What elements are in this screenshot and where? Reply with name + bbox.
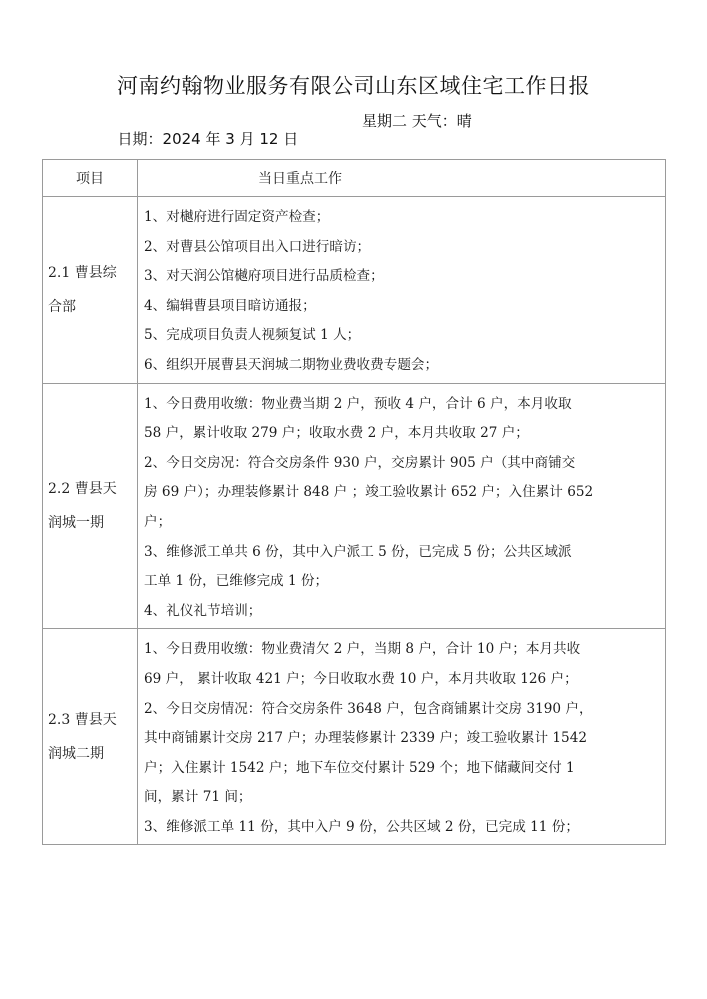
work-line: 2、今日交房情况：符合交房条件 3648 户，包含商铺累计交房 3190 户， — [144, 695, 659, 725]
work-line: 3、维修派工单共 6 份，其中入户派工 5 份，已完成 5 份；公共区域派 — [144, 538, 659, 568]
work-line: 58 户，累计收取 279 户；收取水费 2 户，本月共收取 27 户； — [144, 419, 659, 449]
weekday-weather: 星期二 天气：晴 — [362, 110, 472, 131]
header-work: 当日重点工作 — [138, 160, 666, 197]
work-line: 1、今日费用收缴：物业费当期 2 户，预收 4 户，合计 6 户，本月收取 — [144, 390, 659, 420]
table-header-row: 项目 当日重点工作 — [43, 160, 666, 197]
work-line: 其中商铺累计交房 217 户；办理装修累计 2339 户；竣工验收累计 1542 — [144, 724, 659, 754]
work-line: 户； — [144, 508, 659, 538]
item-label-line: 润城二期 — [48, 737, 137, 771]
work-line: 房 69 户）；办理装修累计 848 户 ；竣工验收累计 652 户；入住累计 … — [144, 478, 659, 508]
work-report-table: 项目 当日重点工作 2.1 曹县综 合部 1、对樾府进行固定资产检查； 2、对曹… — [42, 159, 666, 845]
report-date: 日期：2024 年 3 月 12 日 — [118, 130, 299, 148]
work-line: 1、今日费用收缴：物业费清欠 2 户，当期 8 户，合计 10 户；本月共收 — [144, 635, 659, 665]
row-item-label: 2.1 曹县综 合部 — [43, 197, 138, 384]
row-work-content: 1、对樾府进行固定资产检查； 2、对曹县公馆项目出入口进行暗访； 3、对天润公馆… — [138, 197, 666, 384]
item-label-line: 2.3 曹县天 — [48, 703, 137, 737]
table-row: 2.1 曹县综 合部 1、对樾府进行固定资产检查； 2、对曹县公馆项目出入口进行… — [43, 197, 666, 384]
item-label-line: 合部 — [48, 290, 137, 324]
work-line: 工单 1 份，已维修完成 1 份； — [144, 567, 659, 597]
work-line: 3、对天润公馆樾府项目进行品质检查； — [144, 262, 659, 292]
work-line: 2、对曹县公馆项目出入口进行暗访； — [144, 233, 659, 263]
work-line: 1、对樾府进行固定资产检查； — [144, 203, 659, 233]
row-item-label: 2.3 曹县天 润城二期 — [43, 629, 138, 845]
work-line: 3、维修派工单 11 份，其中入户 9 份，公共区域 2 份，已完成 11 份； — [144, 813, 659, 843]
report-title: 河南约翰物业服务有限公司山东区域住宅工作日报 — [0, 70, 707, 100]
work-line: 2、今日交房况：符合交房条件 930 户，交房累计 905 户（其中商铺交 — [144, 449, 659, 479]
row-work-content: 1、今日费用收缴：物业费清欠 2 户，当期 8 户，合计 10 户；本月共收 6… — [138, 629, 666, 845]
work-line: 4、编辑曹县项目暗访通报； — [144, 292, 659, 322]
table-row: 2.2 曹县天 润城一期 1、今日费用收缴：物业费当期 2 户，预收 4 户，合… — [43, 383, 666, 629]
row-item-label: 2.2 曹县天 润城一期 — [43, 383, 138, 629]
item-label-line: 润城一期 — [48, 506, 137, 540]
work-line: 间，累计 71 间； — [144, 783, 659, 813]
work-line: 6、组织开展曹县天润城二期物业费收费专题会； — [144, 351, 659, 381]
table-row: 2.3 曹县天 润城二期 1、今日费用收缴：物业费清欠 2 户，当期 8 户，合… — [43, 629, 666, 845]
work-line: 4、礼仪礼节培训； — [144, 597, 659, 627]
work-line: 69 户， 累计收取 421 户；今日收取水费 10 户，本月共收取 126 户… — [144, 665, 659, 695]
item-label-line: 2.2 曹县天 — [48, 472, 137, 506]
work-line: 5、完成项目负责人视频复试 1 人； — [144, 321, 659, 351]
header-item: 项目 — [43, 160, 138, 197]
work-line: 户；入住累计 1542 户；地下车位交付累计 529 个；地下储藏间交付 1 — [144, 754, 659, 784]
item-label-line: 2.1 曹县综 — [48, 256, 137, 290]
row-work-content: 1、今日费用收缴：物业费当期 2 户，预收 4 户，合计 6 户，本月收取 58… — [138, 383, 666, 629]
